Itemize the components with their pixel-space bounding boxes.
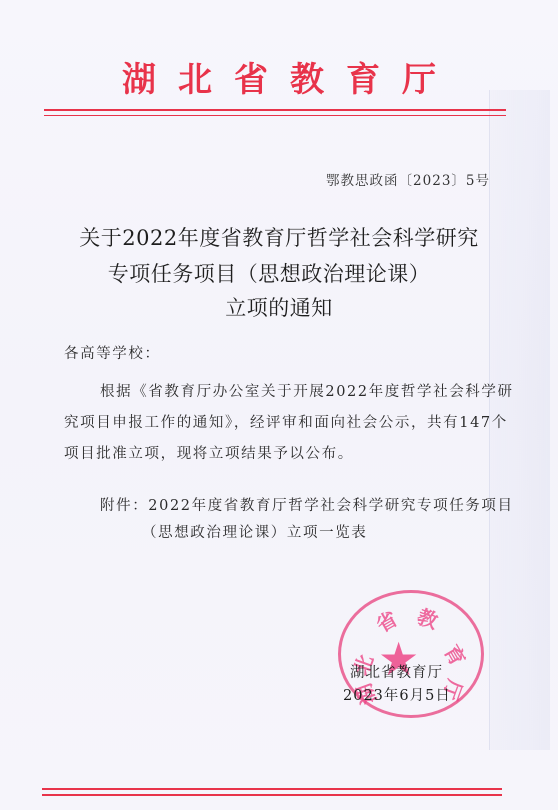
attachment-line-2: （思想政治理论课）立项一览表 xyxy=(142,521,367,542)
header-rule-thin xyxy=(44,115,506,116)
paragraph-line-1: 根据《省教育厅办公室关于开展2022年度哲学社会科学研 xyxy=(100,380,514,401)
title-line-1: 关于2022年度省教育厅哲学社会科学研究 xyxy=(0,222,558,252)
title-line-2: 专项任务项目（思想政治理论课） xyxy=(0,258,558,288)
title-line-3: 立项的通知 xyxy=(0,292,558,322)
paragraph-line-3: 项目批准立项，现将立项结果予以公布。 xyxy=(64,442,354,463)
document-number: 鄂教思政函〔2023〕5号 xyxy=(326,169,490,189)
salutation: 各高等学校： xyxy=(64,342,161,363)
attachment-line-1: 附件：2022年度省教育厅哲学社会科学研究专项任务项目 xyxy=(100,494,514,515)
footer-rule-2 xyxy=(42,794,502,796)
signature-issuer: 湖北省教育厅 xyxy=(350,661,443,682)
footer-rule-1 xyxy=(42,788,502,790)
paragraph-line-2: 究项目申报工作的通知》，经评审和面向社会公示，共有147个 xyxy=(64,411,508,432)
header-rule-thick xyxy=(44,109,506,111)
masthead-issuer: 湖北省教育厅 xyxy=(0,52,558,101)
document-page: 湖北省教育厅 鄂教思政函〔2023〕5号 关于2022年度省教育厅哲学社会科学研… xyxy=(0,0,558,810)
signature-date: 2023年6月5日 xyxy=(343,684,451,705)
